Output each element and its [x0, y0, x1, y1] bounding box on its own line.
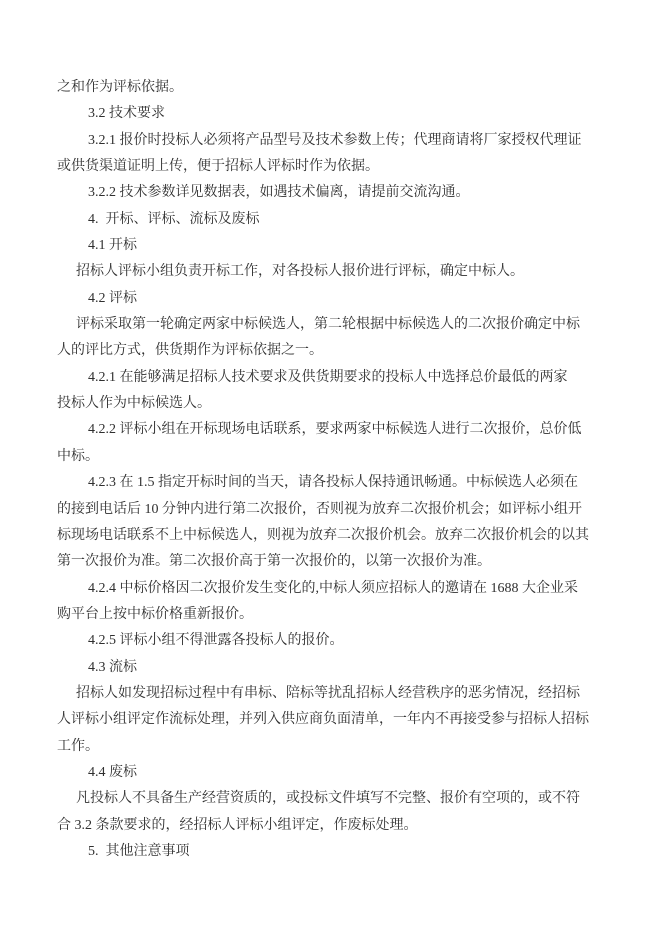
text-line: 合 3.2 条款要求的，经招标人评标小组评定，作废标处理。: [57, 813, 597, 839]
text-line: 投标人作为中标候选人。: [57, 391, 597, 417]
text-line: 4.2.4 中标价格因二次报价发生变化的,中标人须应招标人的邀请在 1688 大…: [57, 576, 597, 602]
text-line: 人的评比方式，供货期作为评标依据之一。: [57, 338, 597, 364]
text-line: 招标人评标小组负责开标工作，对各投标人报价进行评标，确定中标人。: [57, 259, 597, 285]
text-line: 购平台上按中标价格重新报价。: [57, 602, 597, 628]
text-line: 4.2.5 评标小组不得泄露各投标人的报价。: [57, 628, 597, 654]
text-line: 4.2 评标: [57, 286, 597, 312]
text-line: 4. 开标、评标、流标及废标: [57, 207, 597, 233]
text-line: 标现场电话联系不上中标候选人，则视为放弃二次报价机会。放弃二次报价机会的以其: [57, 523, 597, 549]
text-line: 工作。: [57, 734, 597, 760]
text-line: 4.2.2 评标小组在开标现场电话联系，要求两家中标候选人进行二次报价，总价低: [57, 417, 597, 443]
text-line: 人评标小组评定作流标处理，并列入供应商负面清单，一年内不再接受参与招标人招标: [57, 707, 597, 733]
text-line: 凡投标人不具备生产经营资质的，或投标文件填写不完整、报价有空项的，或不符: [57, 786, 597, 812]
text-line: 3.2 技术要求: [57, 101, 597, 127]
text-line: 第一次报价为准。第二次报价高于第一次报价的，以第一次报价为准。: [57, 549, 597, 575]
text-line: 3.2.2 技术参数详见数据表，如遇技术偏离，请提前交流沟通。: [57, 180, 597, 206]
text-line: 评标采取第一轮确定两家中标候选人，第二轮根据中标候选人的二次报价确定中标: [57, 312, 597, 338]
document-page: 之和作为评标依据。3.2 技术要求3.2.1 报价时投标人必须将产品型号及技术参…: [0, 0, 662, 936]
text-line: 的接到电话后 10 分钟内进行第二次报价，否则视为放弃二次报价机会；如评标小组开: [57, 497, 597, 523]
text-line: 4.4 废标: [57, 760, 597, 786]
text-line: 4.3 流标: [57, 655, 597, 681]
text-line: 4.2.3 在 1.5 指定开标时间的当天，请各投标人保持通讯畅通。中标候选人必…: [57, 470, 597, 496]
text-line: 中标。: [57, 444, 597, 470]
text-line: 招标人如发现招标过程中有串标、陪标等扰乱招标人经营秩序的恶劣情况，经招标: [57, 681, 597, 707]
text-line: 之和作为评标依据。: [57, 75, 597, 101]
document-text-block: 之和作为评标依据。3.2 技术要求3.2.1 报价时投标人必须将产品型号及技术参…: [57, 75, 597, 865]
text-line: 4.1 开标: [57, 233, 597, 259]
text-line: 3.2.1 报价时投标人必须将产品型号及技术参数上传；代理商请将厂家授权代理证: [57, 128, 597, 154]
text-line: 或供货渠道证明上传，便于招标人评标时作为依据。: [57, 154, 597, 180]
text-line: 4.2.1 在能够满足招标人技术要求及供货期要求的投标人中选择总价最低的两家: [57, 365, 597, 391]
text-line: 5. 其他注意事项: [57, 839, 597, 865]
